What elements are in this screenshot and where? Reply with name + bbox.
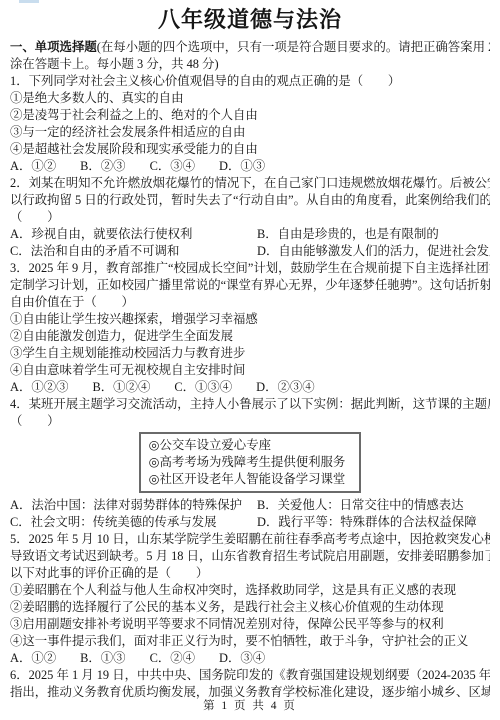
- question-1-item-4: ④是超越社会发展阶段和现实承受能力的自由: [10, 141, 490, 158]
- exam-page: 八年级道德与法治 一、单项选择题(在每小题的四个选项中，只有一项是符合题目要求的…: [0, 0, 500, 720]
- option-b: B．②③: [80, 158, 125, 175]
- example-item-3: ◎社区开设老年人智能设备学习课堂: [149, 471, 346, 488]
- question-3-item-2: ②自由能激发创造力，促进学生全面发展: [10, 328, 490, 345]
- question-5-item-2: ②姜昭鹏的选择履行了公民的基本义务，是践行社会主义核心价值观的生动体现: [10, 599, 490, 616]
- section-heading: 一、单项选择题: [10, 40, 97, 54]
- scan-artifact: [19, 0, 39, 3]
- question-3-stem-line3: 自由价值在于（ ）: [10, 294, 490, 311]
- question-3-item-4: ④自由意味着学生可无视校规自主安排时间: [10, 362, 490, 379]
- option-b: B．①③: [80, 650, 125, 667]
- question-4-options-row1: A．法治中国：法律对弱势群体的特殊保护 B．关爱他人：日常交往中的情感表达: [10, 497, 490, 514]
- question-3-stem-line1: 3．2025 年 9 月，教育部推广“校园成长空间”计划，鼓励学生在合规前提下自…: [10, 260, 490, 277]
- example-box: ◎公交车设立爱心专座 ◎高考考场为残障考生提供便利服务 ◎社区开设老年人智能设备…: [139, 432, 362, 493]
- option-b: B．自由是珍贵的，也是有限制的: [257, 226, 439, 243]
- section-instructions-line2: 涂在答题卡上。每小题 3 分，共 48 分): [10, 56, 490, 73]
- question-5-item-1: ①姜昭鹏在个人利益与他人生命权冲突时，选择救助同学，这是具有正义感的表现: [10, 582, 490, 599]
- option-d: D．②③④: [256, 379, 315, 396]
- question-5-stem-line3: 以下对此事的评价正确的是（ ）: [10, 565, 490, 582]
- question-5-options: A．①② B．①③ C．②④ D．③④: [10, 650, 490, 667]
- section-header: 一、单项选择题(在每小题的四个选项中，只有一项是符合题目要求的。请把正确答案用 …: [10, 39, 490, 56]
- option-a: A．①②③: [10, 379, 69, 396]
- question-3-options: A．①②③ B．①②④ C．①③④ D．②③④: [10, 379, 490, 396]
- question-1-item-1: ①是绝大多数人的、真实的自由: [10, 90, 490, 107]
- question-1-options: A．①② B．②③ C．③④ D．①③: [10, 158, 490, 175]
- page-title: 八年级道德与法治: [10, 5, 490, 34]
- option-d: D．践行平等：特殊群体的合法权益保障: [257, 514, 477, 531]
- question-6-stem-line1: 6．2025 年 1 月 19 日，中共中央、国务院印发的《教育强国建设规划纲要…: [10, 667, 490, 684]
- option-d: D．自由能够激发人们的活力，促进社会发展: [257, 243, 490, 260]
- option-c: C．①③④: [174, 379, 232, 396]
- option-d: D．①③: [219, 158, 265, 175]
- option-c: C．②④: [150, 650, 195, 667]
- question-2-stem-line2: 以行政拘留 5 日的行政处罚，暂时失去了“行动自由”。从自由的角度看，此案例给我…: [10, 192, 490, 209]
- question-1-item-2: ②是凌驾于社会利益之上的、绝对的个人自由: [10, 107, 490, 124]
- example-item-2: ◎高考考场为残障考生提供便利服务: [149, 454, 346, 471]
- option-d: D．③④: [219, 650, 265, 667]
- question-4-stem-line1: 4．某班开展主题学习交流活动，主持人小鲁展示了以下实例：据此判断，这节课的主题应…: [10, 396, 490, 413]
- option-c: C．社会文明：传统美德的传承与发展: [10, 514, 257, 531]
- question-3-stem-line2: 定制学习计划，正如校园广播里常说的“课堂有界心无界，少年逐梦任驰骋”。这句话折射…: [10, 277, 490, 294]
- question-1-item-3: ③与一定的经济社会发展条件相适应的自由: [10, 124, 490, 141]
- question-2-options-row1: A．珍视自由，就要依法行使权利 B．自由是珍贵的，也是有限制的: [10, 226, 490, 243]
- question-2-answer-blank: （ ）: [10, 209, 490, 226]
- option-c: C．法治和自由的矛盾不可调和: [10, 243, 257, 260]
- option-b: B．关爱他人：日常交往中的情感表达: [257, 497, 464, 514]
- question-2-options-row2: C．法治和自由的矛盾不可调和 D．自由能够激发人们的活力，促进社会发展: [10, 243, 490, 260]
- option-a: A．珍视自由，就要依法行使权利: [10, 226, 257, 243]
- option-a: A．法治中国：法律对弱势群体的特殊保护: [10, 497, 257, 514]
- question-5-stem-line2: 导致语文考试迟到缺考。5 月 18 日，山东省教育招生考试院启用副题，安排姜昭鹏…: [10, 548, 490, 565]
- section-instructions-line1: (在每小题的四个选项中，只有一项是符合题目要求的。请把正确答案用 2B 铅笔填: [97, 40, 490, 54]
- example-item-1: ◎公交车设立爱心专座: [149, 437, 346, 454]
- question-5-stem-line1: 5．2025 年 5 月 10 日，山东某学院学生姜昭鹏在前往春季高考考点途中，…: [10, 531, 490, 548]
- question-3-item-1: ①自由能让学生按兴趣探索，增强学习幸福感: [10, 311, 490, 328]
- question-1-stem: 1．下列同学对社会主义核心价值观倡导的自由的观点正确的是（ ）: [10, 73, 490, 90]
- question-5-item-3: ③启用副题安排补考说明平等要求不同情况差别对待，保障公民平等参与的权利: [10, 616, 490, 633]
- option-b: B．①②④: [93, 379, 151, 396]
- question-2-stem-line1: 2．刘某在明知不允许燃放烟花爆竹的情况下，在自己家门口违规燃放烟花爆竹。后被公安…: [10, 175, 490, 192]
- question-3-item-3: ③学生自主规划能推动校园活力与教育进步: [10, 345, 490, 362]
- option-a: A．①②: [10, 650, 56, 667]
- question-4-answer-blank: （ ）: [10, 413, 490, 430]
- question-5-item-4: ④这一事件提示我们，面对非正义行为时，要不怕牺牲，敢于斗争，守护社会的正义: [10, 633, 490, 650]
- option-a: A．①②: [10, 158, 56, 175]
- option-c: C．③④: [150, 158, 195, 175]
- question-4-options-row2: C．社会文明：传统美德的传承与发展 D．践行平等：特殊群体的合法权益保障: [10, 514, 490, 531]
- page-number: 第 1 页 共 4 页: [0, 697, 500, 713]
